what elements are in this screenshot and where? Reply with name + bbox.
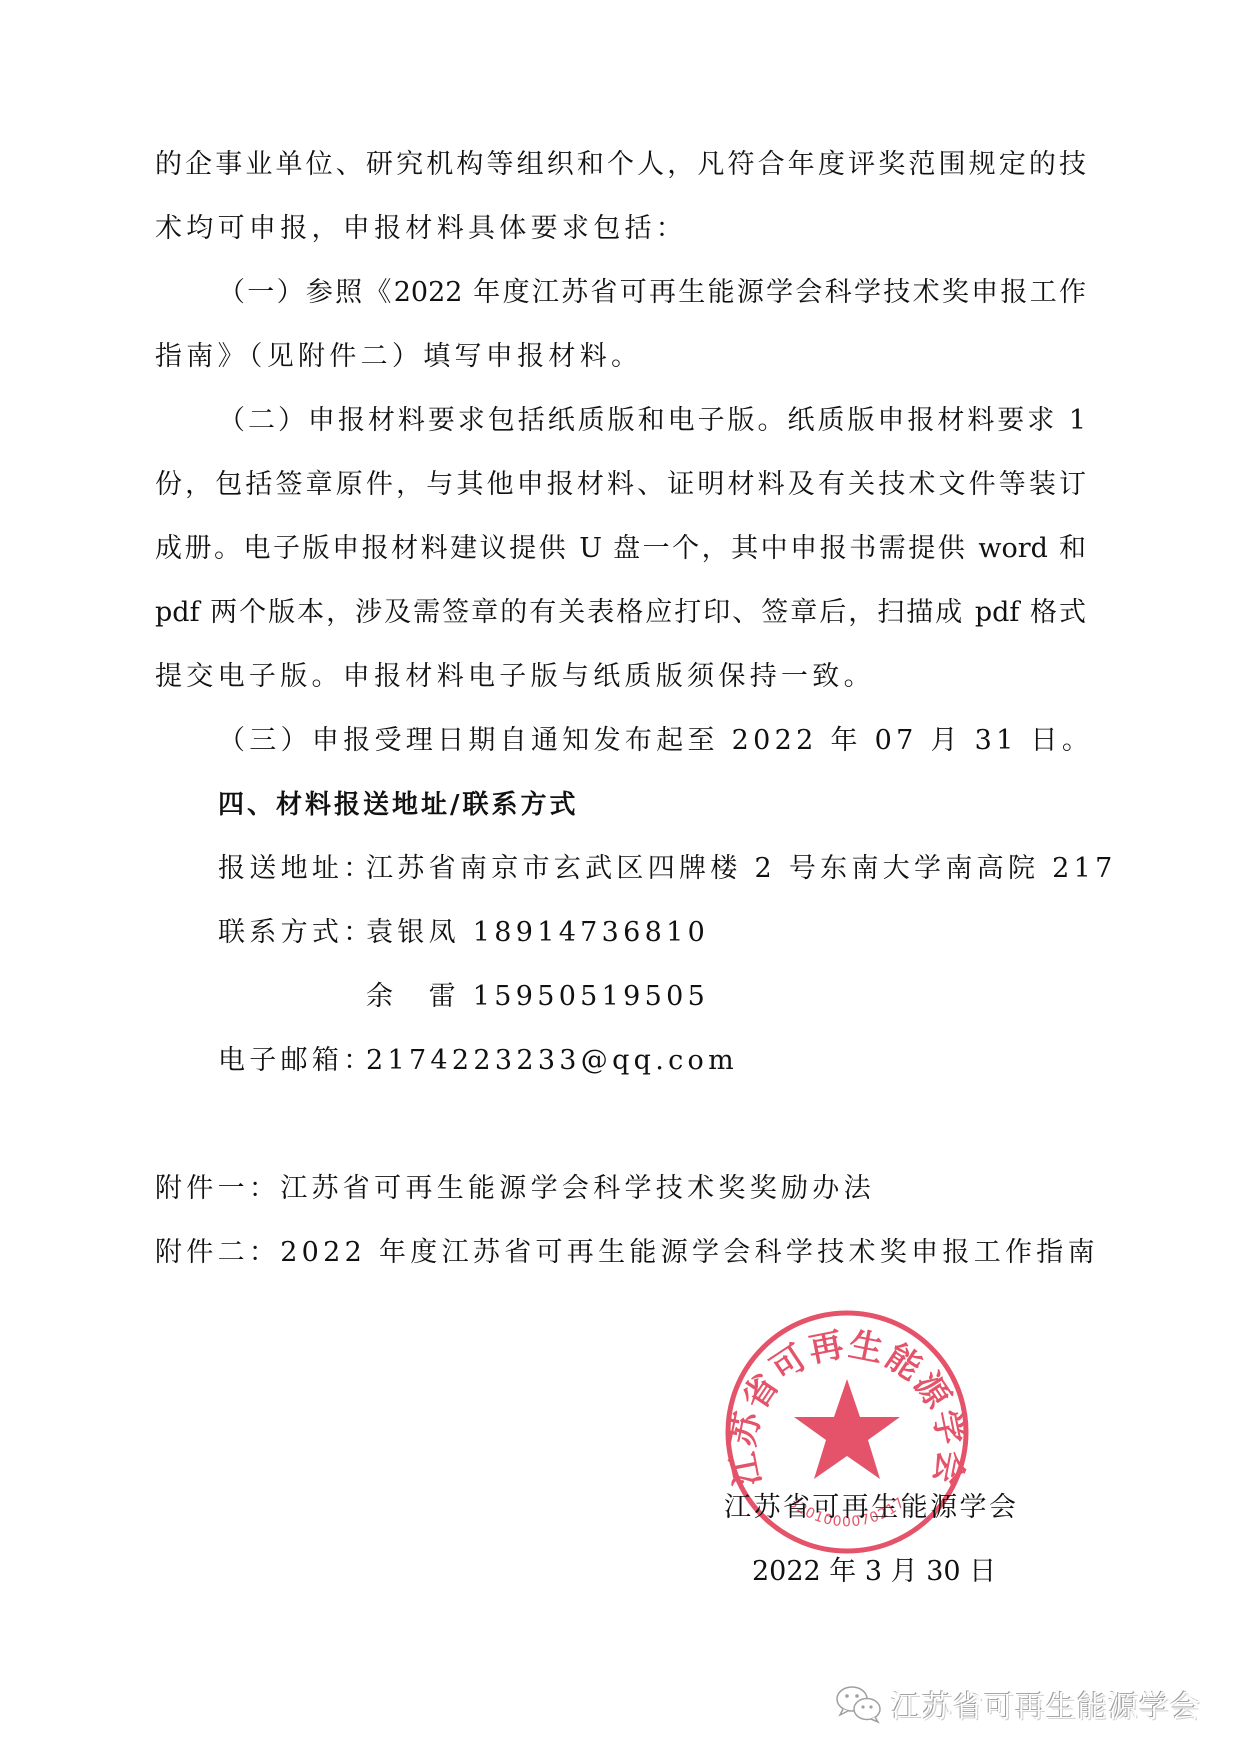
item-1-line-1: （一）参照《2022 年度江苏省可再生能源学会科学技术奖申报工作	[218, 261, 1086, 325]
contact-person-2: 余 雷 15950519505	[218, 981, 709, 1012]
item-2-line-4: pdf 两个版本，涉及需签章的有关表格应打印、签章后，扫描成 pdf 格式	[155, 581, 1086, 645]
contact-label: 联系方式：	[218, 901, 366, 965]
address-label: 报送地址：	[218, 837, 366, 901]
section-heading: 四、材料报送地址/联系方式	[218, 773, 1086, 837]
wechat-icon	[835, 1684, 883, 1724]
item-3-line-1: （三）申报受理日期自通知发布起至 2022 年 07 月 31 日。	[218, 709, 1086, 773]
item-2-line-2: 份，包括签章原件，与其他申报材料、证明材料及有关技术文件等装订	[155, 453, 1086, 517]
contact-row-1: 联系方式：袁银凤 18914736810	[218, 901, 1086, 965]
watermark-text: 江苏省可再生能源学会	[891, 1682, 1201, 1726]
attachment-2: 附件二：2022 年度江苏省可再生能源学会科学技术奖申报工作指南	[155, 1221, 1086, 1285]
contact-person-1: 袁银凤 18914736810	[366, 917, 709, 948]
document-page: 的企事业单位、研究机构等组织和个人，凡符合年度评奖范围规定的技 术均可申报，申报…	[0, 0, 1241, 1755]
body-line-1: 的企事业单位、研究机构等组织和个人，凡符合年度评奖范围规定的技	[155, 133, 1086, 197]
body-line-2: 术均可申报，申报材料具体要求包括：	[155, 197, 1086, 261]
item-2-line-3: 成册。电子版申报材料建议提供 U 盘一个，其中申报书需提供 word 和	[155, 517, 1086, 581]
item-1-line-2: 指南》（见附件二）填写申报材料。	[155, 325, 1086, 389]
signature-organization: 江苏省可再生能源学会	[724, 1478, 1016, 1538]
contact-row-2: 余 雷 15950519505	[218, 965, 1086, 1029]
email-row: 电子邮箱：2174223233@qq.com	[218, 1029, 1086, 1093]
wechat-watermark: 江苏省可再生能源学会	[835, 1684, 1201, 1724]
item-2-line-1: （二）申报材料要求包括纸质版和电子版。纸质版申报材料要求 1	[218, 389, 1086, 453]
signature-date: 2022 年 3 月 30 日	[752, 1542, 970, 1602]
attachment-1: 附件一：江苏省可再生能源学会科学技术奖奖励办法	[155, 1157, 1086, 1221]
email-value[interactable]: 2174223233@qq.com	[366, 1045, 738, 1076]
address-value: 江苏省南京市玄武区四牌楼 2 号东南大学南高院 217	[366, 853, 1117, 884]
email-label: 电子邮箱：	[218, 1029, 366, 1093]
address-row: 报送地址：江苏省南京市玄武区四牌楼 2 号东南大学南高院 217	[218, 837, 1086, 901]
item-2-line-5: 提交电子版。申报材料电子版与纸质版须保持一致。	[155, 645, 1086, 709]
